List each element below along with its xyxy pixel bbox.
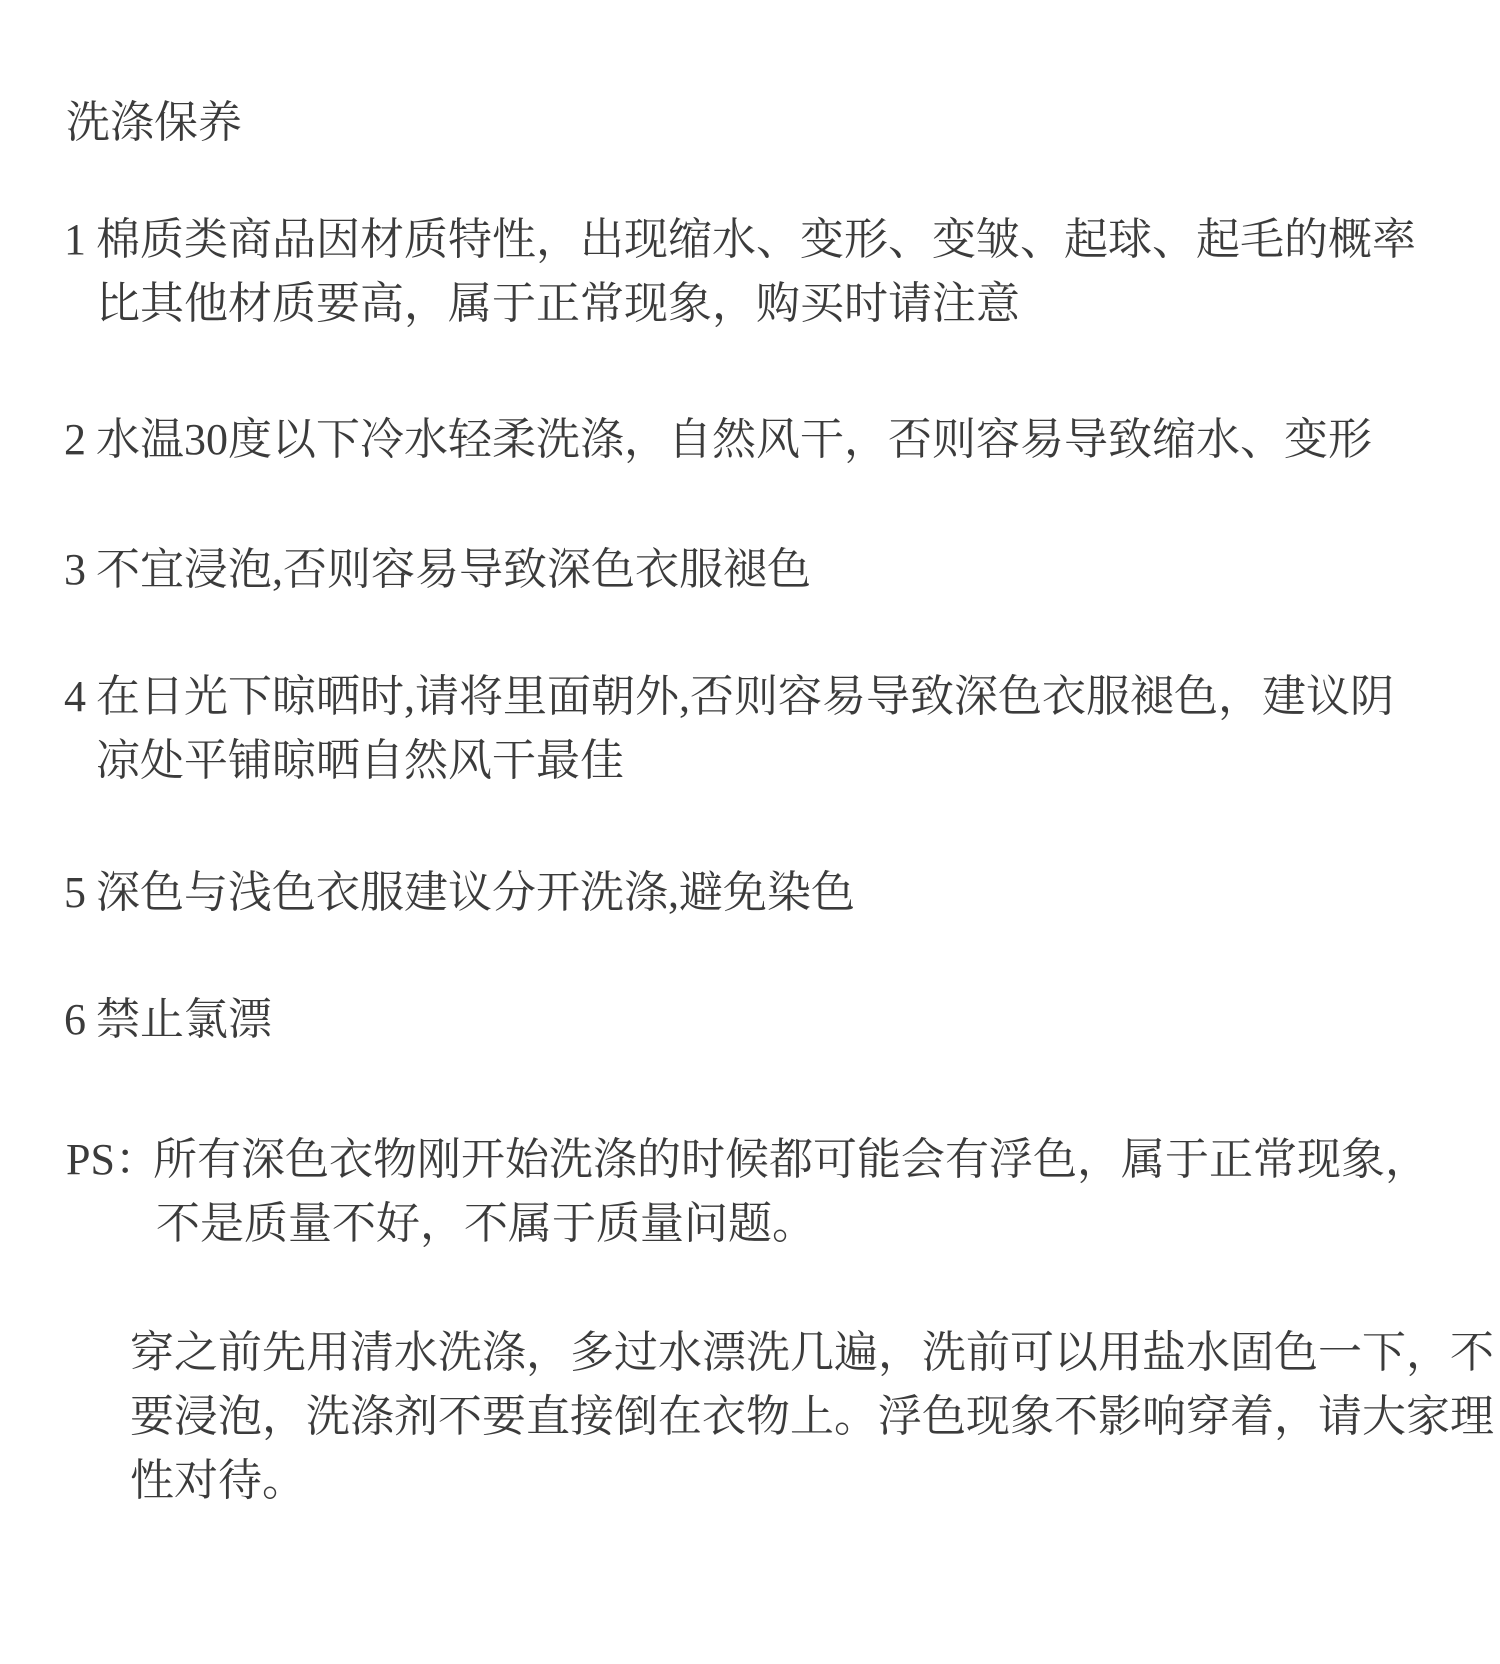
item-3-text: 不宜浸泡,否则容易导致深色衣服褪色 bbox=[96, 545, 811, 594]
ps-label: PS： bbox=[66, 1128, 153, 1192]
care-item-6-line-1: 6禁止氯漂 bbox=[64, 988, 1500, 1052]
care-item-4-line-2: 凉处平铺晾晒自然风干最佳 bbox=[96, 729, 1500, 793]
item-3-number: 3 bbox=[64, 538, 96, 602]
item-5-number: 5 bbox=[64, 861, 96, 925]
item-1-text: 棉质类商品因材质特性，出现缩水、变形、变皱、起球、起毛的概率 bbox=[96, 215, 1416, 264]
item-2-text: 水温30度以下冷水轻柔洗涤，自然风干，否则容易导致缩水、变形 bbox=[96, 415, 1372, 464]
care-instructions-page: 洗涤保养 1棉质类商品因材质特性，出现缩水、变形、变皱、起球、起毛的概率 比其他… bbox=[0, 0, 1500, 1513]
ps-note: PS：所有深色衣物刚开始洗涤的时候都可能会有浮色，属于正常现象， 不是质量不好，… bbox=[66, 1128, 1500, 1256]
care-item-4: 4在日光下晾晒时,请将里面朝外,否则容易导致深色衣服褪色，建议阴 凉处平铺晾晒自… bbox=[64, 665, 1500, 793]
item-6-text: 禁止氯漂 bbox=[96, 995, 272, 1044]
item-4-number: 4 bbox=[64, 665, 96, 729]
care-item-5: 5深色与浅色衣服建议分开洗涤,避免染色 bbox=[64, 861, 1500, 925]
final-note-line-3: 性对待。 bbox=[130, 1449, 1500, 1513]
final-note-line-1: 穿之前先用清水洗涤，多过水漂洗几遍，洗前可以用盐水固色一下，不 bbox=[130, 1321, 1500, 1385]
item-1-number: 1 bbox=[64, 208, 96, 272]
care-item-1-line-2: 比其他材质要高，属于正常现象，购买时请注意 bbox=[96, 272, 1500, 336]
item-5-text: 深色与浅色衣服建议分开洗涤,避免染色 bbox=[96, 868, 855, 917]
care-item-3: 3不宜浸泡,否则容易导致深色衣服褪色 bbox=[64, 538, 1500, 602]
care-item-4-line-1: 4在日光下晾晒时,请将里面朝外,否则容易导致深色衣服褪色，建议阴 bbox=[64, 665, 1500, 729]
item-4-text: 在日光下晾晒时,请将里面朝外,否则容易导致深色衣服褪色，建议阴 bbox=[96, 672, 1394, 721]
care-item-1-line-1: 1棉质类商品因材质特性，出现缩水、变形、变皱、起球、起毛的概率 bbox=[64, 208, 1500, 272]
care-item-3-line-1: 3不宜浸泡,否则容易导致深色衣服褪色 bbox=[64, 538, 1500, 602]
page-title: 洗涤保养 bbox=[66, 91, 1500, 155]
care-item-1: 1棉质类商品因材质特性，出现缩水、变形、变皱、起球、起毛的概率 比其他材质要高，… bbox=[64, 208, 1500, 336]
care-item-5-line-1: 5深色与浅色衣服建议分开洗涤,避免染色 bbox=[64, 861, 1500, 925]
final-note-paragraph: 穿之前先用清水洗涤，多过水漂洗几遍，洗前可以用盐水固色一下，不 要浸泡，洗涤剂不… bbox=[130, 1321, 1500, 1513]
care-item-2-line-1: 2水温30度以下冷水轻柔洗涤，自然风干，否则容易导致缩水、变形 bbox=[64, 408, 1500, 472]
final-note-line-2: 要浸泡，洗涤剂不要直接倒在衣物上。浮色现象不影响穿着，请大家理 bbox=[130, 1385, 1500, 1449]
item-2-number: 2 bbox=[64, 408, 96, 472]
ps-note-line-2: 不是质量不好，不属于质量问题。 bbox=[156, 1192, 1500, 1256]
ps-text: 所有深色衣物刚开始洗涤的时候都可能会有浮色，属于正常现象， bbox=[153, 1135, 1429, 1184]
care-item-2: 2水温30度以下冷水轻柔洗涤，自然风干，否则容易导致缩水、变形 bbox=[64, 408, 1500, 472]
care-item-6: 6禁止氯漂 bbox=[64, 988, 1500, 1052]
item-6-number: 6 bbox=[64, 988, 96, 1052]
ps-note-line-1: PS：所有深色衣物刚开始洗涤的时候都可能会有浮色，属于正常现象， bbox=[66, 1128, 1500, 1192]
